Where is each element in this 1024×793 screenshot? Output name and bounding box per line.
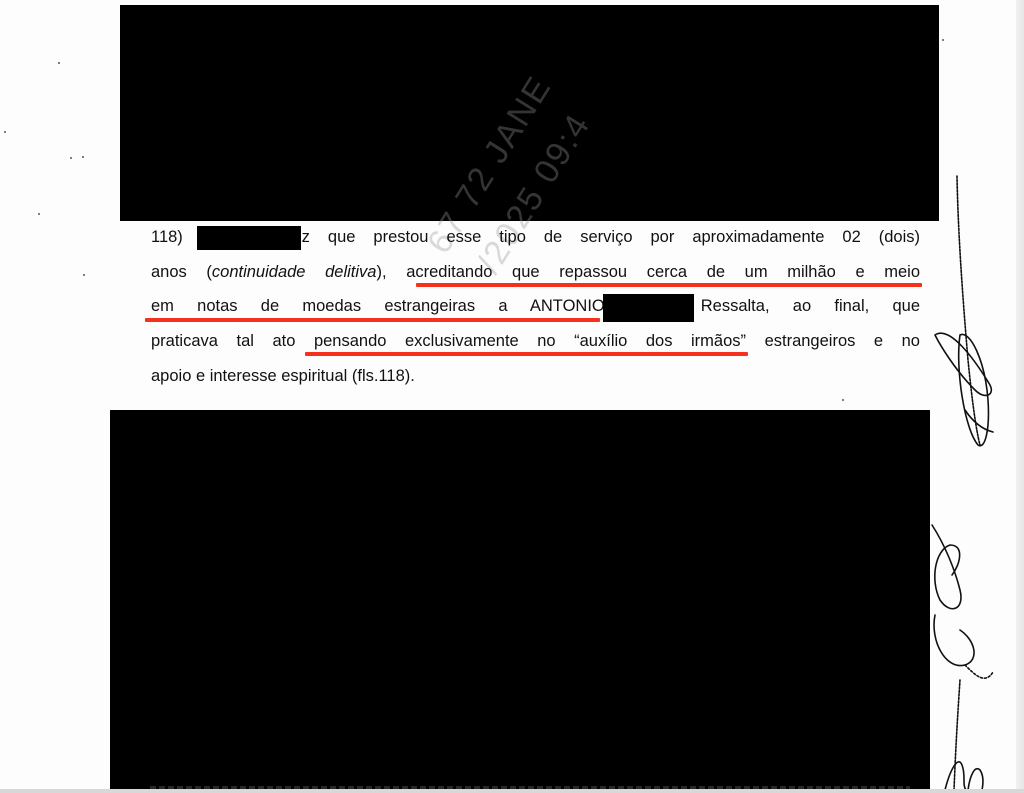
highlight-underline xyxy=(416,283,922,287)
redaction-block-top xyxy=(120,5,939,221)
text-segment: estrangeiros e no xyxy=(746,332,920,350)
paragraph-line-5: apoio e interesse espiritual (fls.118). xyxy=(151,365,920,387)
text-segment: apoio e interesse espiritual (fls.118). xyxy=(151,367,415,385)
text-segment: 118) xyxy=(151,228,183,246)
scan-speck xyxy=(38,213,40,215)
highlight-underline xyxy=(305,352,748,356)
text-segment: anos ( xyxy=(151,263,212,281)
redaction-inline-name-1 xyxy=(197,226,301,250)
highlighted-text: pensando exclusivamente no “auxílio dos … xyxy=(314,332,746,350)
page-edge xyxy=(1016,0,1024,793)
redaction-inline-name-2 xyxy=(603,294,694,322)
scan-speck xyxy=(58,62,60,64)
scan-speck xyxy=(82,156,84,158)
paragraph-line-2: anos (continuidade delitiva), acreditand… xyxy=(151,261,920,283)
text-segment: Ressalta, ao final, que xyxy=(701,297,920,315)
highlight-underline xyxy=(145,318,600,322)
highlighted-text: em notas de moedas estrangeiras a ANTONI… xyxy=(151,297,605,315)
scan-speck xyxy=(70,157,72,159)
paragraph-line-3: em notas de moedas estrangeiras a ANTONI… xyxy=(151,295,920,317)
scan-speck xyxy=(842,399,844,401)
highlighted-text: acreditando que repassou cerca de um mil… xyxy=(406,263,920,281)
redaction-block-bottom xyxy=(110,410,930,792)
scan-speck xyxy=(4,131,6,133)
document-page: 67 72 JANE /2025 09:4 118)diz que presto… xyxy=(0,0,1024,793)
text-segment: praticava tal ato xyxy=(151,332,314,350)
paragraph-line-4: praticava tal ato pensando exclusivament… xyxy=(151,330,920,352)
text-segment: diz que prestou esse tipo de serviço por… xyxy=(289,228,920,246)
page-edge-bottom xyxy=(0,789,1024,793)
scan-speck xyxy=(942,39,944,41)
text-segment: ), xyxy=(376,263,406,281)
text-segment-italic: continuidade delitiva xyxy=(212,263,377,281)
scan-speck xyxy=(83,274,85,276)
